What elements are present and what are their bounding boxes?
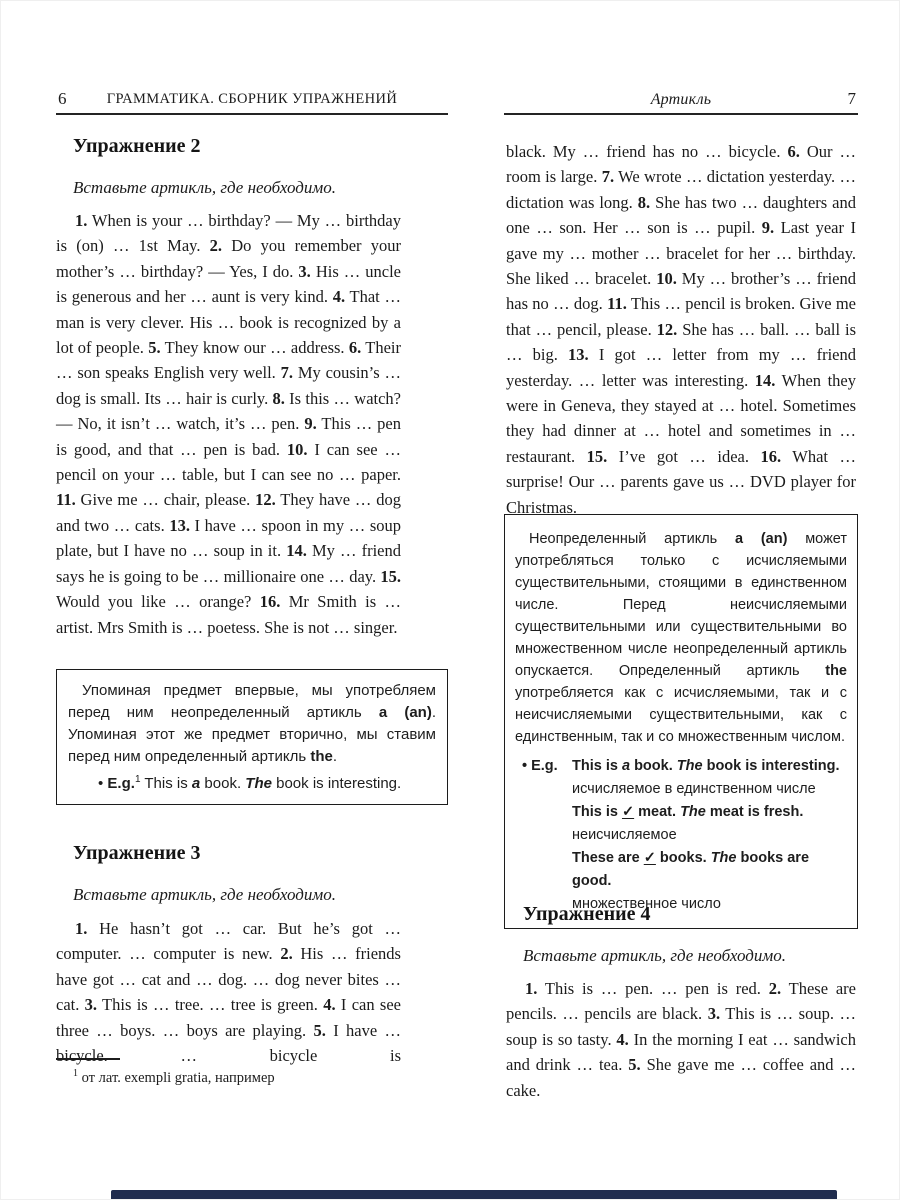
eg-line-plural-en: These are ✓ books. The books are good. <box>572 847 847 893</box>
exercise-3-continued-text: black. My … friend has no … bicycle. 6. … <box>506 139 856 520</box>
left-running-title: ГРАММАТИКА. СБОРНИК УПРАЖНЕНИЙ <box>56 91 448 108</box>
footnote-text: 1 от лат. exempli gratia, например <box>56 1068 401 1087</box>
eg-line-countable-en: This is a book. The book is interesting. <box>572 755 847 778</box>
eg-line-uncountable-en: This is ✓ meat. The meat is fresh. <box>572 801 847 824</box>
left-running-head: 6 ГРАММАТИКА. СБОРНИК УПРАЖНЕНИЙ <box>56 89 448 111</box>
left-header-rule <box>56 113 448 115</box>
exercise-2-instruction: Вставьте артикль, где необходимо. <box>73 178 336 198</box>
eg-bullet-label: • E.g. <box>515 755 572 916</box>
right-header-rule <box>504 113 858 115</box>
exercise-2-text: 1. When is your … birthday? — My … birth… <box>56 208 401 640</box>
note-box-example: • E.g.1 This is a book. The book is inte… <box>68 769 436 795</box>
note-box-text: Упоминая предмет впервые, мы употребляем… <box>68 680 436 768</box>
grammar-note-box-left: Упоминая предмет впервые, мы употребляем… <box>56 669 448 805</box>
exercise-4-text: 1. This is … pen. … pen is red. 2. These… <box>506 976 856 1103</box>
exercise-4-title: Упражнение 4 <box>523 903 651 926</box>
bottom-bar <box>111 1190 837 1200</box>
grammar-note-box-right: Неопределенный артикль a (an) может упот… <box>504 514 858 929</box>
eg-line-countable-ru: исчисляемое в единственном числе <box>572 778 847 801</box>
eg-line-uncountable-ru: неисчисляемое <box>572 824 847 847</box>
eg-lines: This is a book. The book is interesting.… <box>572 755 847 916</box>
book-spread: 6 ГРАММАТИКА. СБОРНИК УПРАЖНЕНИЙ Артикль… <box>0 0 900 1200</box>
footnote-rule <box>56 1058 120 1060</box>
exercise-4-instruction: Вставьте артикль, где необходимо. <box>523 946 786 966</box>
rule-box-examples: • E.g. This is a book. The book is inter… <box>515 755 847 916</box>
right-page-number: 7 <box>848 89 857 109</box>
exercise-3-instruction: Вставьте артикль, где необходимо. <box>73 885 336 905</box>
exercise-2-title: Упражнение 2 <box>73 135 201 158</box>
right-running-head: Артикль 7 <box>504 89 858 111</box>
exercise-3-title: Упражнение 3 <box>73 842 201 865</box>
exercise-3-text: 1. He hasn’t got … car. But he’s got … c… <box>56 916 401 1068</box>
right-running-title: Артикль <box>504 91 858 109</box>
rule-box-text: Неопределенный артикль a (an) может упот… <box>515 528 847 748</box>
